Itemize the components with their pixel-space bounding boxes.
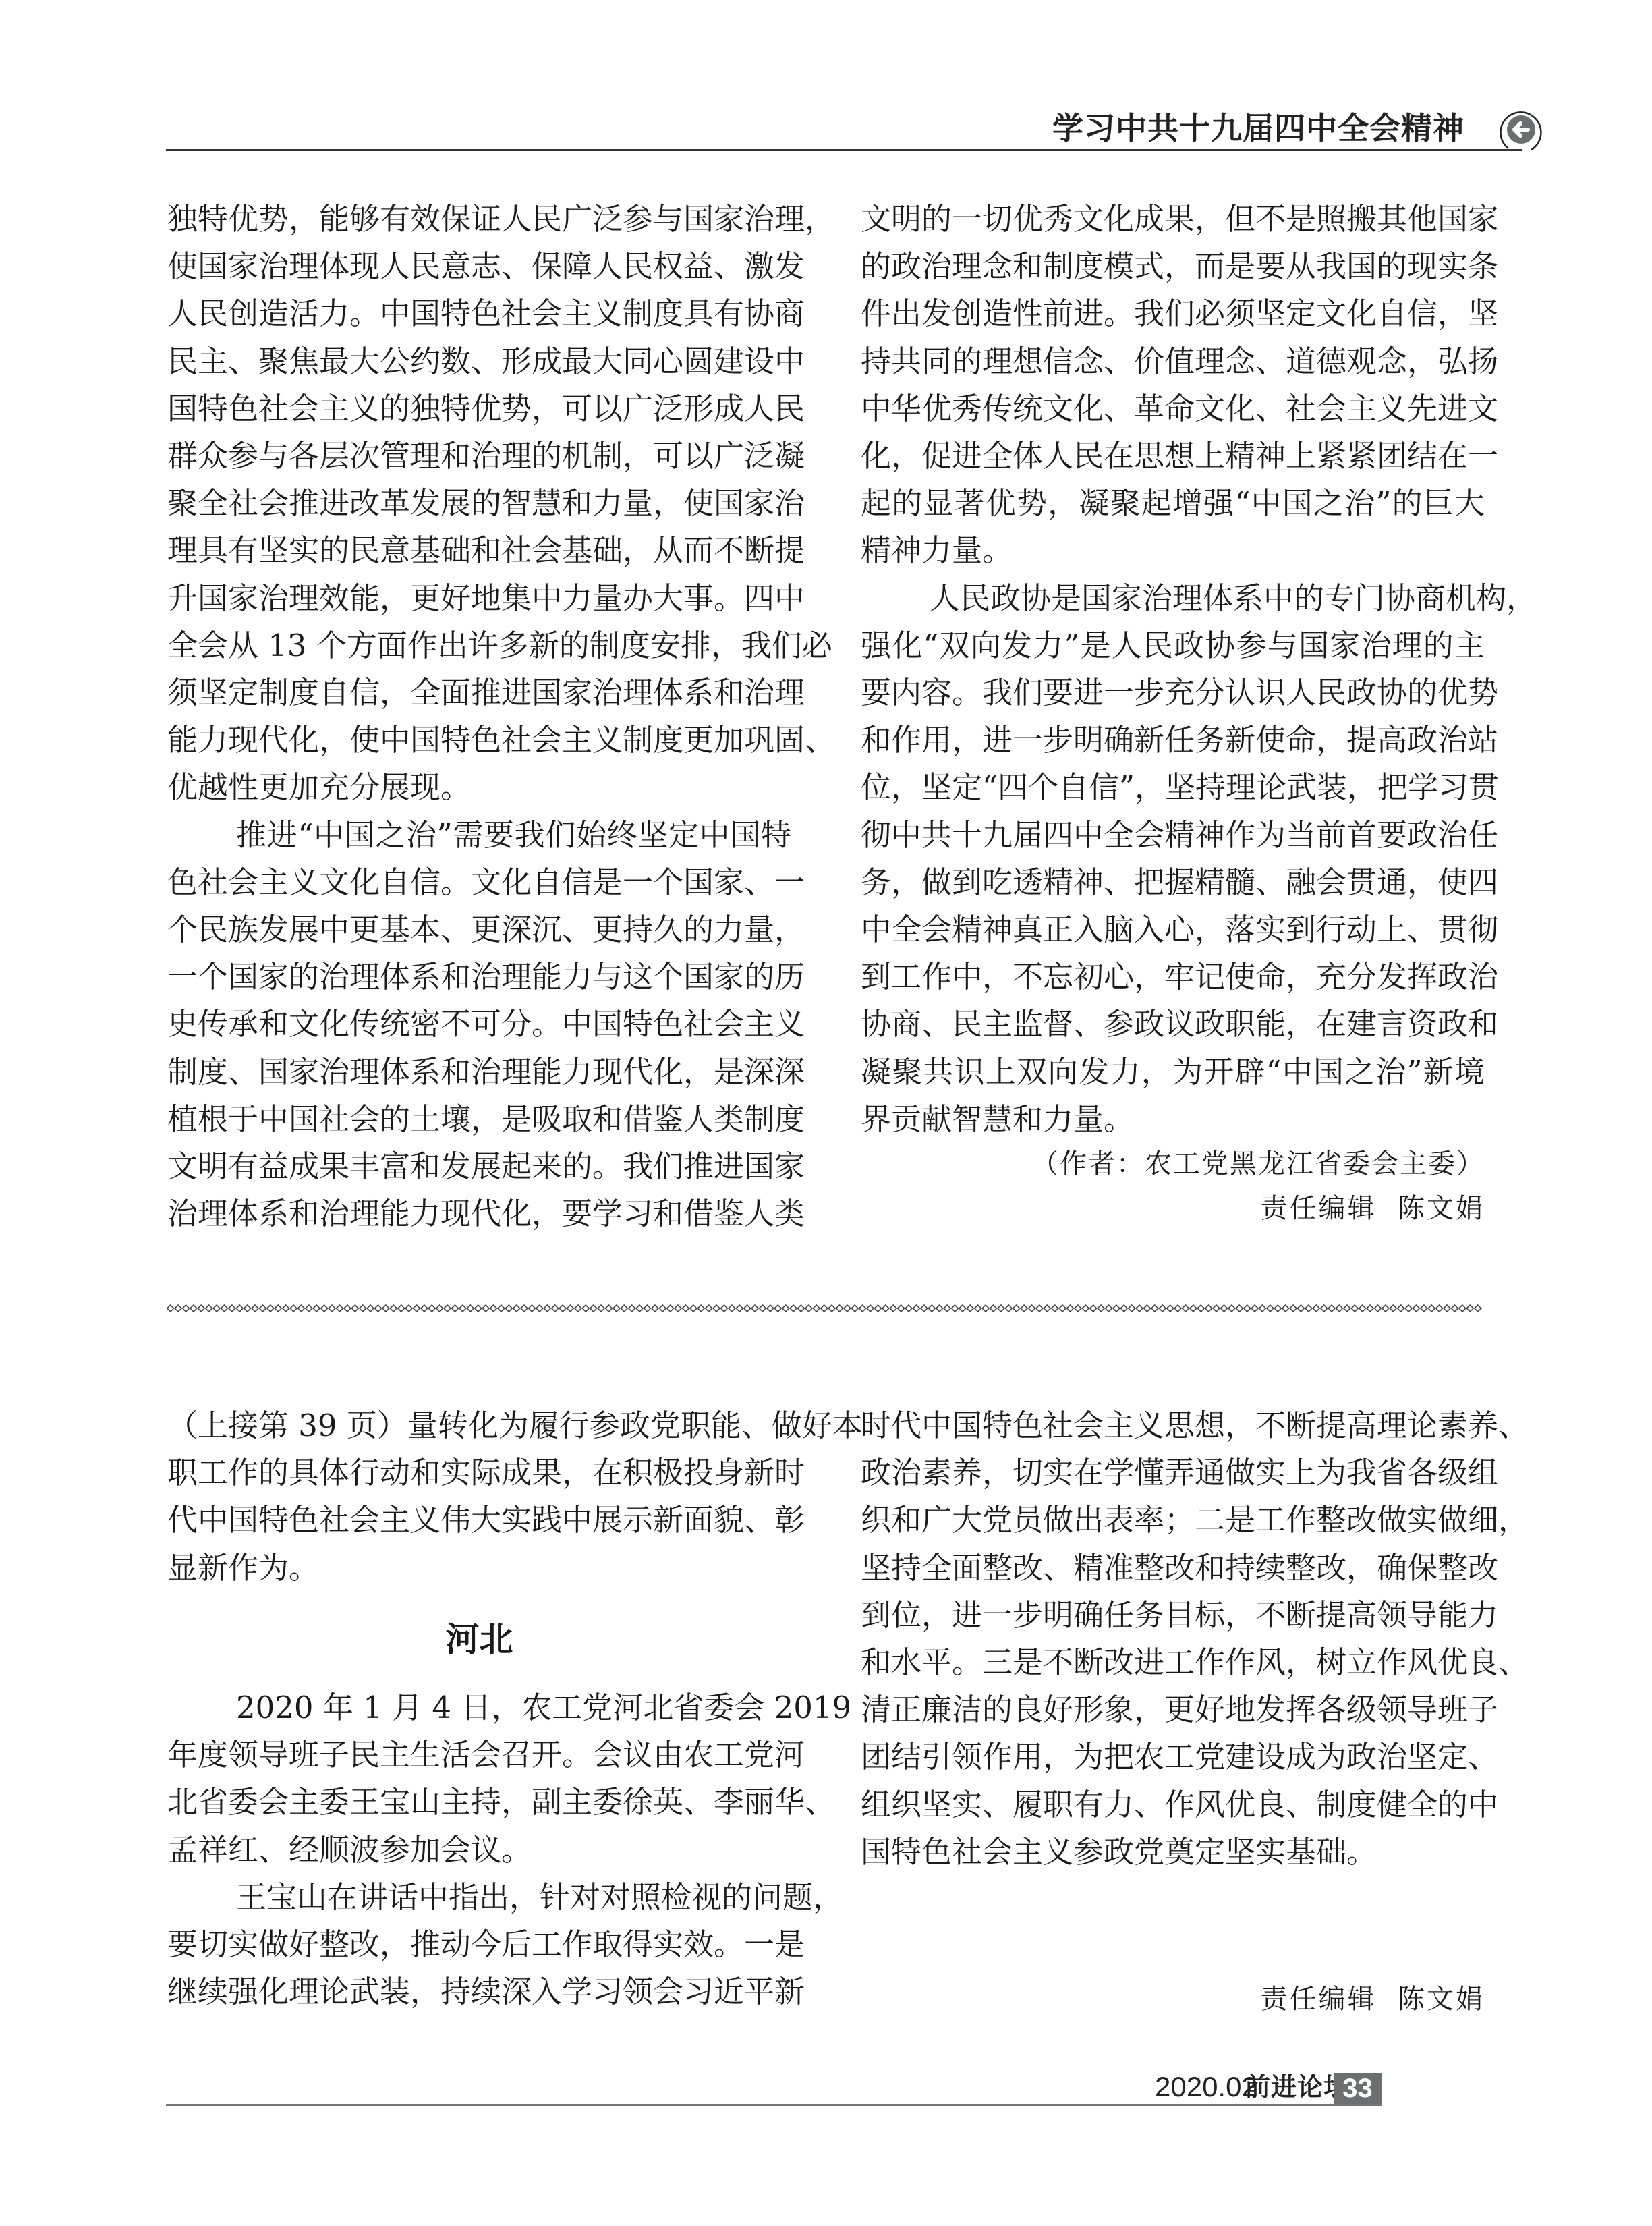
issue-date: 2020.02 [1155, 2071, 1257, 2103]
text-line: 职工作的具体行动和实际成果，在积极投身新时 [167, 1456, 791, 1503]
text-line: 界贡献智慧和力量。 [861, 1103, 1485, 1150]
text-line: 务，做到吃透精神、把握精髓、融会贯通，使四 [861, 866, 1485, 913]
text-line: 代中国特色社会主义伟大实践中展示新面貌、彰 [167, 1503, 791, 1551]
text-line: 人民创造活力。中国特色社会主义制度具有协商 [167, 297, 791, 344]
editor-label: 责任编辑 [1261, 1193, 1377, 1224]
author-note: （作者：农工党黑龙江省委会主委） [861, 1147, 1485, 1194]
text-line: 理具有坚实的民意基础和社会基础，从而不断提 [167, 534, 791, 581]
text-line: 植根于中国社会的土壤，是吸取和借鉴人类制度 [167, 1103, 791, 1150]
text-line: 团结引领作用，为把农工党建设成为政治坚定、 [861, 1740, 1485, 1787]
text-line: 使国家治理体现人民意志、保障人民权益、激发 [167, 250, 791, 297]
text-line: （上接第 39 页）量转化为履行参政党职能、做好本 [167, 1409, 791, 1456]
text-line: 年度领导班子民主生活会召开。会议由农工党河 [167, 1738, 791, 1785]
text-line: 全会从 13 个方面作出许多新的制度安排，我们必 [167, 629, 791, 676]
text-line: 要切实做好整改，推动今后工作取得实效。一是 [167, 1928, 791, 1975]
back-arrow-circle-icon [1496, 108, 1543, 152]
text-line: 和水平。三是不断改进工作作风，树立作风优良、 [861, 1646, 1485, 1693]
text-line: 和作用，进一步明确新任务新使命，提高政治站 [861, 723, 1485, 771]
editor-credit: 责任编辑 陈文娟 [861, 1192, 1485, 1239]
text-line: 色社会主义文化自信。文化自信是一个国家、一 [167, 866, 791, 913]
text-line: 一个国家的治理体系和治理能力与这个国家的历 [167, 960, 791, 1007]
text-line: 治理体系和治理能力现代化，要学习和借鉴人类 [167, 1197, 791, 1244]
text-line: 文明有益成果丰富和发展起来的。我们推进国家 [167, 1150, 791, 1197]
text-line: 位，坚定“四个自信”，坚持理论武装，把学习贯 [861, 771, 1485, 818]
text-line: 到位，进一步明确任务目标，不断提高领导能力 [861, 1598, 1485, 1646]
header-rule [166, 149, 1522, 151]
text-line: 群众参与各层次管理和治理的机制，可以广泛凝 [167, 439, 791, 486]
text-line: 到工作中，不忘初心，牢记使命，充分发挥政治 [861, 960, 1485, 1007]
text-line: 个民族发展中更基本、更深沉、更持久的力量， [167, 913, 791, 960]
running-header-title: 学习中共十九届四中全会精神 [1052, 108, 1464, 148]
text-line: 政治素养，切实在学懂弄通做实上为我省各级组 [861, 1456, 1485, 1503]
text-line: 中华优秀传统文化、革命文化、社会主义先进文 [861, 392, 1485, 439]
text-line: 要内容。我们要进一步充分认识人民政协的优势 [861, 676, 1485, 723]
text-line: 中全会精神真正入脑入心，落实到行动上、贯彻 [861, 913, 1485, 960]
text-line: 精神力量。 [861, 534, 1485, 581]
editor-name: 陈文娟 [1398, 1193, 1485, 1224]
text-line: 独特优势，能够有效保证人民广泛参与国家治理， [167, 202, 791, 250]
text-line: 优越性更加充分展现。 [167, 771, 791, 818]
text-line: 织和广大党员做出表率；二是工作整改做实做细， [861, 1503, 1485, 1551]
diamond-chain-divider [167, 1303, 1482, 1312]
text-line: 王宝山在讲话中指出，针对对照检视的问题， [167, 1881, 791, 1928]
text-line: 民主、聚焦最大公约数、形成最大同心圆建设中 [167, 345, 791, 392]
text-line: 清正廉洁的良好形象，更好地发挥各级领导班子 [861, 1693, 1485, 1740]
text-line: 彻中共十九届四中全会精神作为当前首要政治任 [861, 818, 1485, 866]
text-line: 的政治理念和制度模式，而是要从我国的现实条 [861, 250, 1485, 297]
text-line: 凝聚共识上双向发力，为开辟“中国之治”新境 [861, 1055, 1485, 1103]
text-line: 文明的一切优秀文化成果，但不是照搬其他国家 [861, 202, 1485, 250]
text-line: 时代中国特色社会主义思想，不断提高理论素养、 [861, 1409, 1485, 1456]
text-line: 制度、国家治理体系和治理能力现代化，是深深 [167, 1055, 791, 1103]
text-line: 推进“中国之治”需要我们始终坚定中国特 [167, 818, 791, 866]
editor-label: 责任编辑 [1261, 1984, 1377, 2015]
text-line: 2020 年 1 月 4 日，农工党河北省委会 2019 [167, 1691, 791, 1738]
page-number: 33 [1334, 2073, 1382, 2104]
text-line: 坚持全面整改、精准整改和持续整改，确保整改 [861, 1551, 1485, 1598]
text-line: 件出发创造性前进。我们必须坚定文化自信，坚 [861, 297, 1485, 344]
text-line: 持共同的理想信念、价值理念、道德观念，弘扬 [861, 345, 1485, 392]
text-line: 史传承和文化传统密不可分。中国特色社会主义 [167, 1007, 791, 1055]
text-line: 继续强化理论武装，持续深入学习领会习近平新 [167, 1975, 791, 2022]
text-line: 北省委会主委王宝山主持，副主委徐英、李丽华、 [167, 1785, 791, 1833]
text-line: 升国家治理效能，更好地集中力量办大事。四中 [167, 582, 791, 629]
text-line: 孟祥红、经顺波参加会议。 [167, 1833, 791, 1881]
text-line: 起的显著优势，凝聚起增强“中国之治”的巨大 [861, 486, 1485, 534]
text-line: 国特色社会主义参政党奠定坚实基础。 [861, 1835, 1485, 1883]
text-line: 协商、民主监督、参政议政职能，在建言资政和 [861, 1007, 1485, 1055]
text-line: 国特色社会主义的独特优势，可以广泛形成人民 [167, 392, 791, 439]
text-line: 组织坚实、履职有力、作风优良、制度健全的中 [861, 1788, 1485, 1835]
editor-credit: 责任编辑 陈文娟 [861, 1982, 1485, 2030]
text-line: 人民政协是国家治理体系中的专门协商机构， [861, 582, 1485, 629]
section-heading-hebei: 河北 [167, 1623, 791, 1657]
text-line: 强化“双向发力”是人民政协参与国家治理的主 [861, 629, 1485, 676]
text-line: 显新作为。 [167, 1551, 791, 1598]
text-line: 能力现代化，使中国特色社会主义制度更加巩固、 [167, 723, 791, 771]
footer-rule [166, 2104, 1382, 2106]
text-line: 须坚定制度自信，全面推进国家治理体系和治理 [167, 676, 791, 723]
text-line: 聚全社会推进改革发展的智慧和力量，使国家治 [167, 486, 791, 534]
editor-name: 陈文娟 [1398, 1984, 1485, 2015]
text-line: 化，促进全体人民在思想上精神上紧紧团结在一 [861, 439, 1485, 486]
